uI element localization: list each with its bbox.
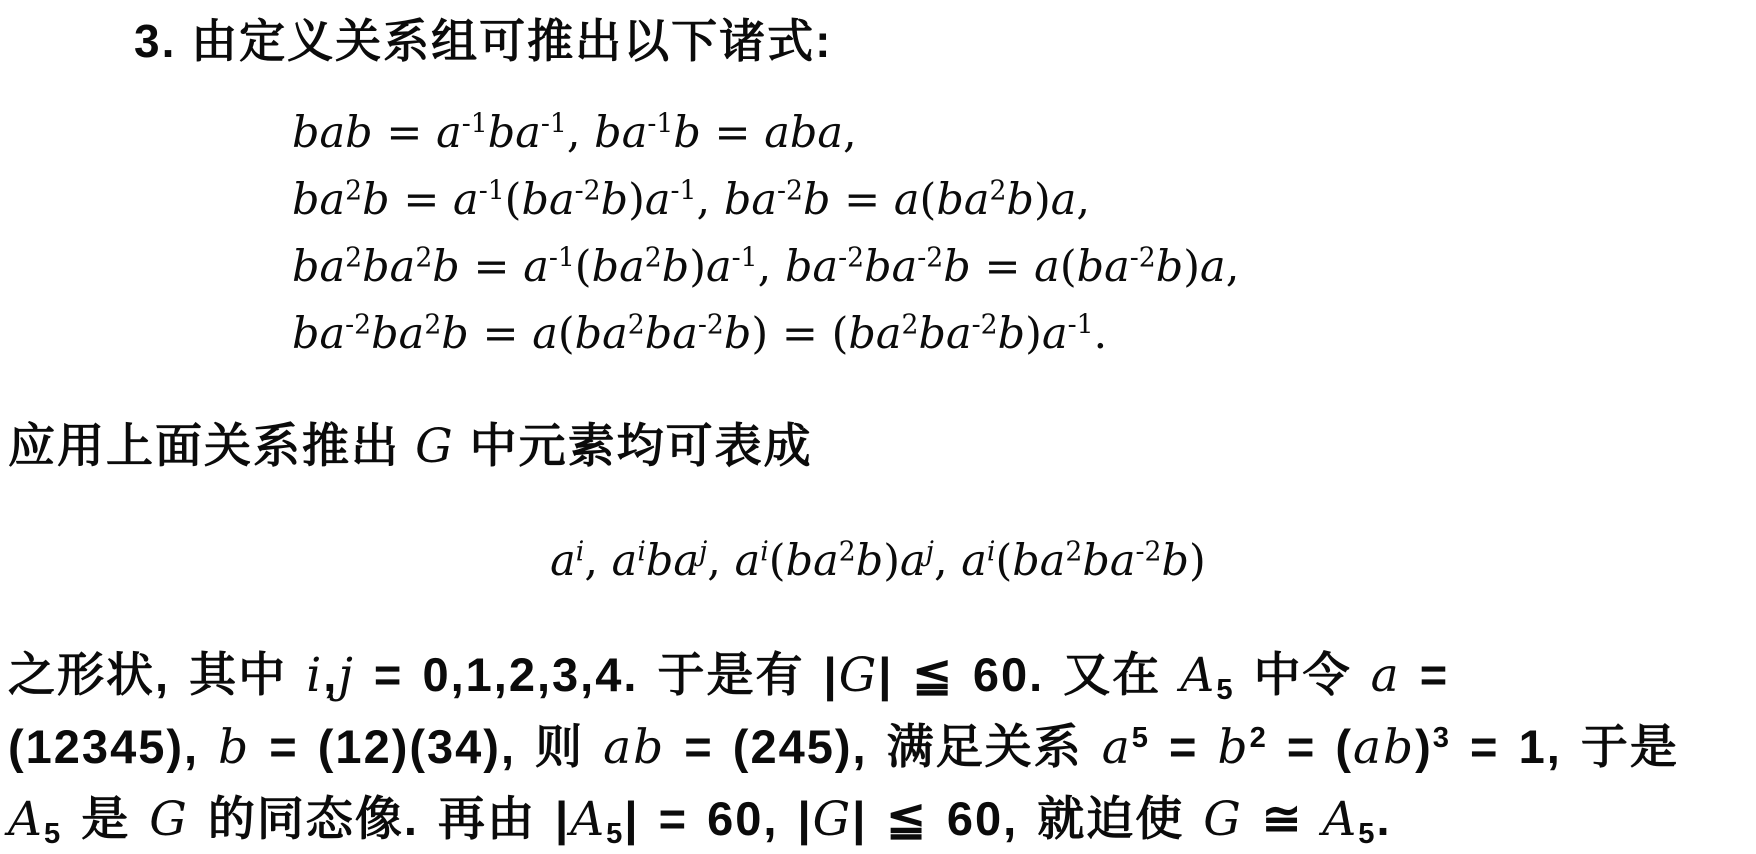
equation-line-3: ba2ba2b = a-1(ba2b)a-1, ba-2ba-2b = a(ba…: [292, 234, 1756, 301]
closing-paragraph: 之形状, 其中 i,j = 0,1,2,3,4. 于是有 |G| ≦ 60. 又…: [8, 639, 1748, 854]
equation-line-1: bab = a-1ba-1, ba-1b = aba,: [292, 100, 1756, 167]
scanned-page: { "page": { "background": "#ffffff", "te…: [0, 0, 1756, 854]
closing-line-2: (12345), b = (12)(34), 则 ab = (245), 满足关…: [8, 711, 1748, 783]
closing-line-3: A5 是 G 的同态像. 再由 |A5| = 60, |G| ≦ 60, 就迫使…: [8, 783, 1748, 854]
equation-line-4: ba-2ba2b = a(ba2ba-2b) = (ba2ba-2b)a-1.: [292, 301, 1756, 368]
equation-block: bab = a-1ba-1, ba-1b = aba, ba2b = a-1(b…: [292, 100, 1756, 368]
intro-paragraph: 应用上面关系推出 G 中元素均可表成: [8, 414, 1756, 479]
equation-line-2: ba2b = a-1(ba-2b)a-1, ba-2b = a(ba2b)a,: [292, 167, 1756, 234]
item-3-heading: 3. 由定义关系组可推出以下诸式:: [134, 12, 1756, 70]
closing-line-1: 之形状, 其中 i,j = 0,1,2,3,4. 于是有 |G| ≦ 60. 又…: [8, 639, 1748, 711]
display-formula: ai, aibaj, ai(ba2b)aj, ai(ba2ba-2b): [0, 529, 1756, 593]
